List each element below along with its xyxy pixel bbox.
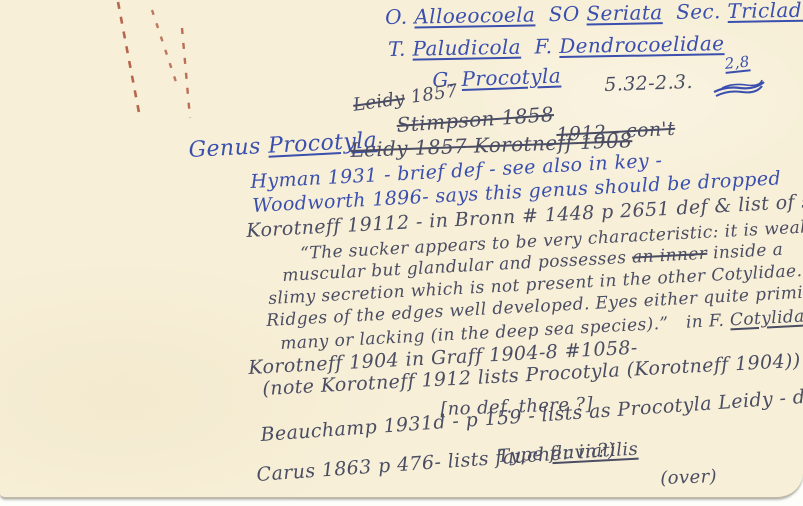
taxonomy-order-line-seg-0: O. xyxy=(385,4,415,29)
carus-note: Carus 1863 p 476- lists faucher in?) xyxy=(256,441,616,486)
genus-heading-seg-0: Genus xyxy=(188,134,269,163)
taxonomy-order-line-seg-5: Tricladida xyxy=(727,0,803,23)
quote-line-2-seg-1: an inner xyxy=(632,244,708,268)
taxonomy-tribe-line: T. Paludicola F. Dendrocoelidae xyxy=(388,33,725,60)
scanned-index-card-page: { "card": { "description": "Handwritten … xyxy=(0,0,803,506)
taxonomy-tribe-line-seg-1: Paludicola xyxy=(412,35,521,61)
red-pencil-marks-icon xyxy=(100,0,210,130)
code-correction: 2,8 xyxy=(724,54,751,72)
carus-note-seg-0: Carus 1863 p 476- lists faucher in?) xyxy=(256,439,616,486)
taxonomy-order-line-seg-3: Seriata xyxy=(586,0,663,25)
taxonomy-tribe-line-seg-2: F. xyxy=(521,34,560,59)
index-card: O. Alloeocoela SO Seriata Sec. Tricladid… xyxy=(0,0,803,499)
taxonomy-genus-line-seg-1: Procotyla xyxy=(461,64,561,91)
over-note-seg-0: (over) xyxy=(660,466,717,489)
taxonomy-order-line-seg-1: Alloeocoela xyxy=(414,2,535,28)
code-correction-seg-0: 2,8 xyxy=(724,52,751,73)
struck-genus-authors-seg-2: 1908 xyxy=(579,128,632,154)
taxonomy-tribe-line-seg-3: Dendrocoelidae xyxy=(559,31,725,58)
classification-code: 5.32-2.3. xyxy=(604,73,693,96)
taxonomy-order-line-seg-4: Sec. xyxy=(662,0,727,24)
taxonomy-tribe-line-seg-0: T. xyxy=(388,37,413,61)
quote-line-5-seg-1: Cotylidae xyxy=(729,306,803,330)
struck-author-leidy-small-seg-0: Leidy xyxy=(352,88,406,116)
taxonomy-order-line: O. Alloeocoela SO Seriata Sec. Tricladid… xyxy=(385,0,803,28)
classification-code-seg-0: 5.32-2.3. xyxy=(604,71,693,96)
quote-line-2-seg-2: inside a xyxy=(707,240,784,264)
scribbled-out-number-icon xyxy=(712,78,766,98)
over-note: (over) xyxy=(660,468,717,489)
taxonomy-order-line-seg-2: SO xyxy=(535,1,587,26)
struck-author-leidy-small-seg-1: 1857 xyxy=(403,80,459,108)
struck-genus-authors-seg-0: Leidy 1857 xyxy=(350,134,468,162)
